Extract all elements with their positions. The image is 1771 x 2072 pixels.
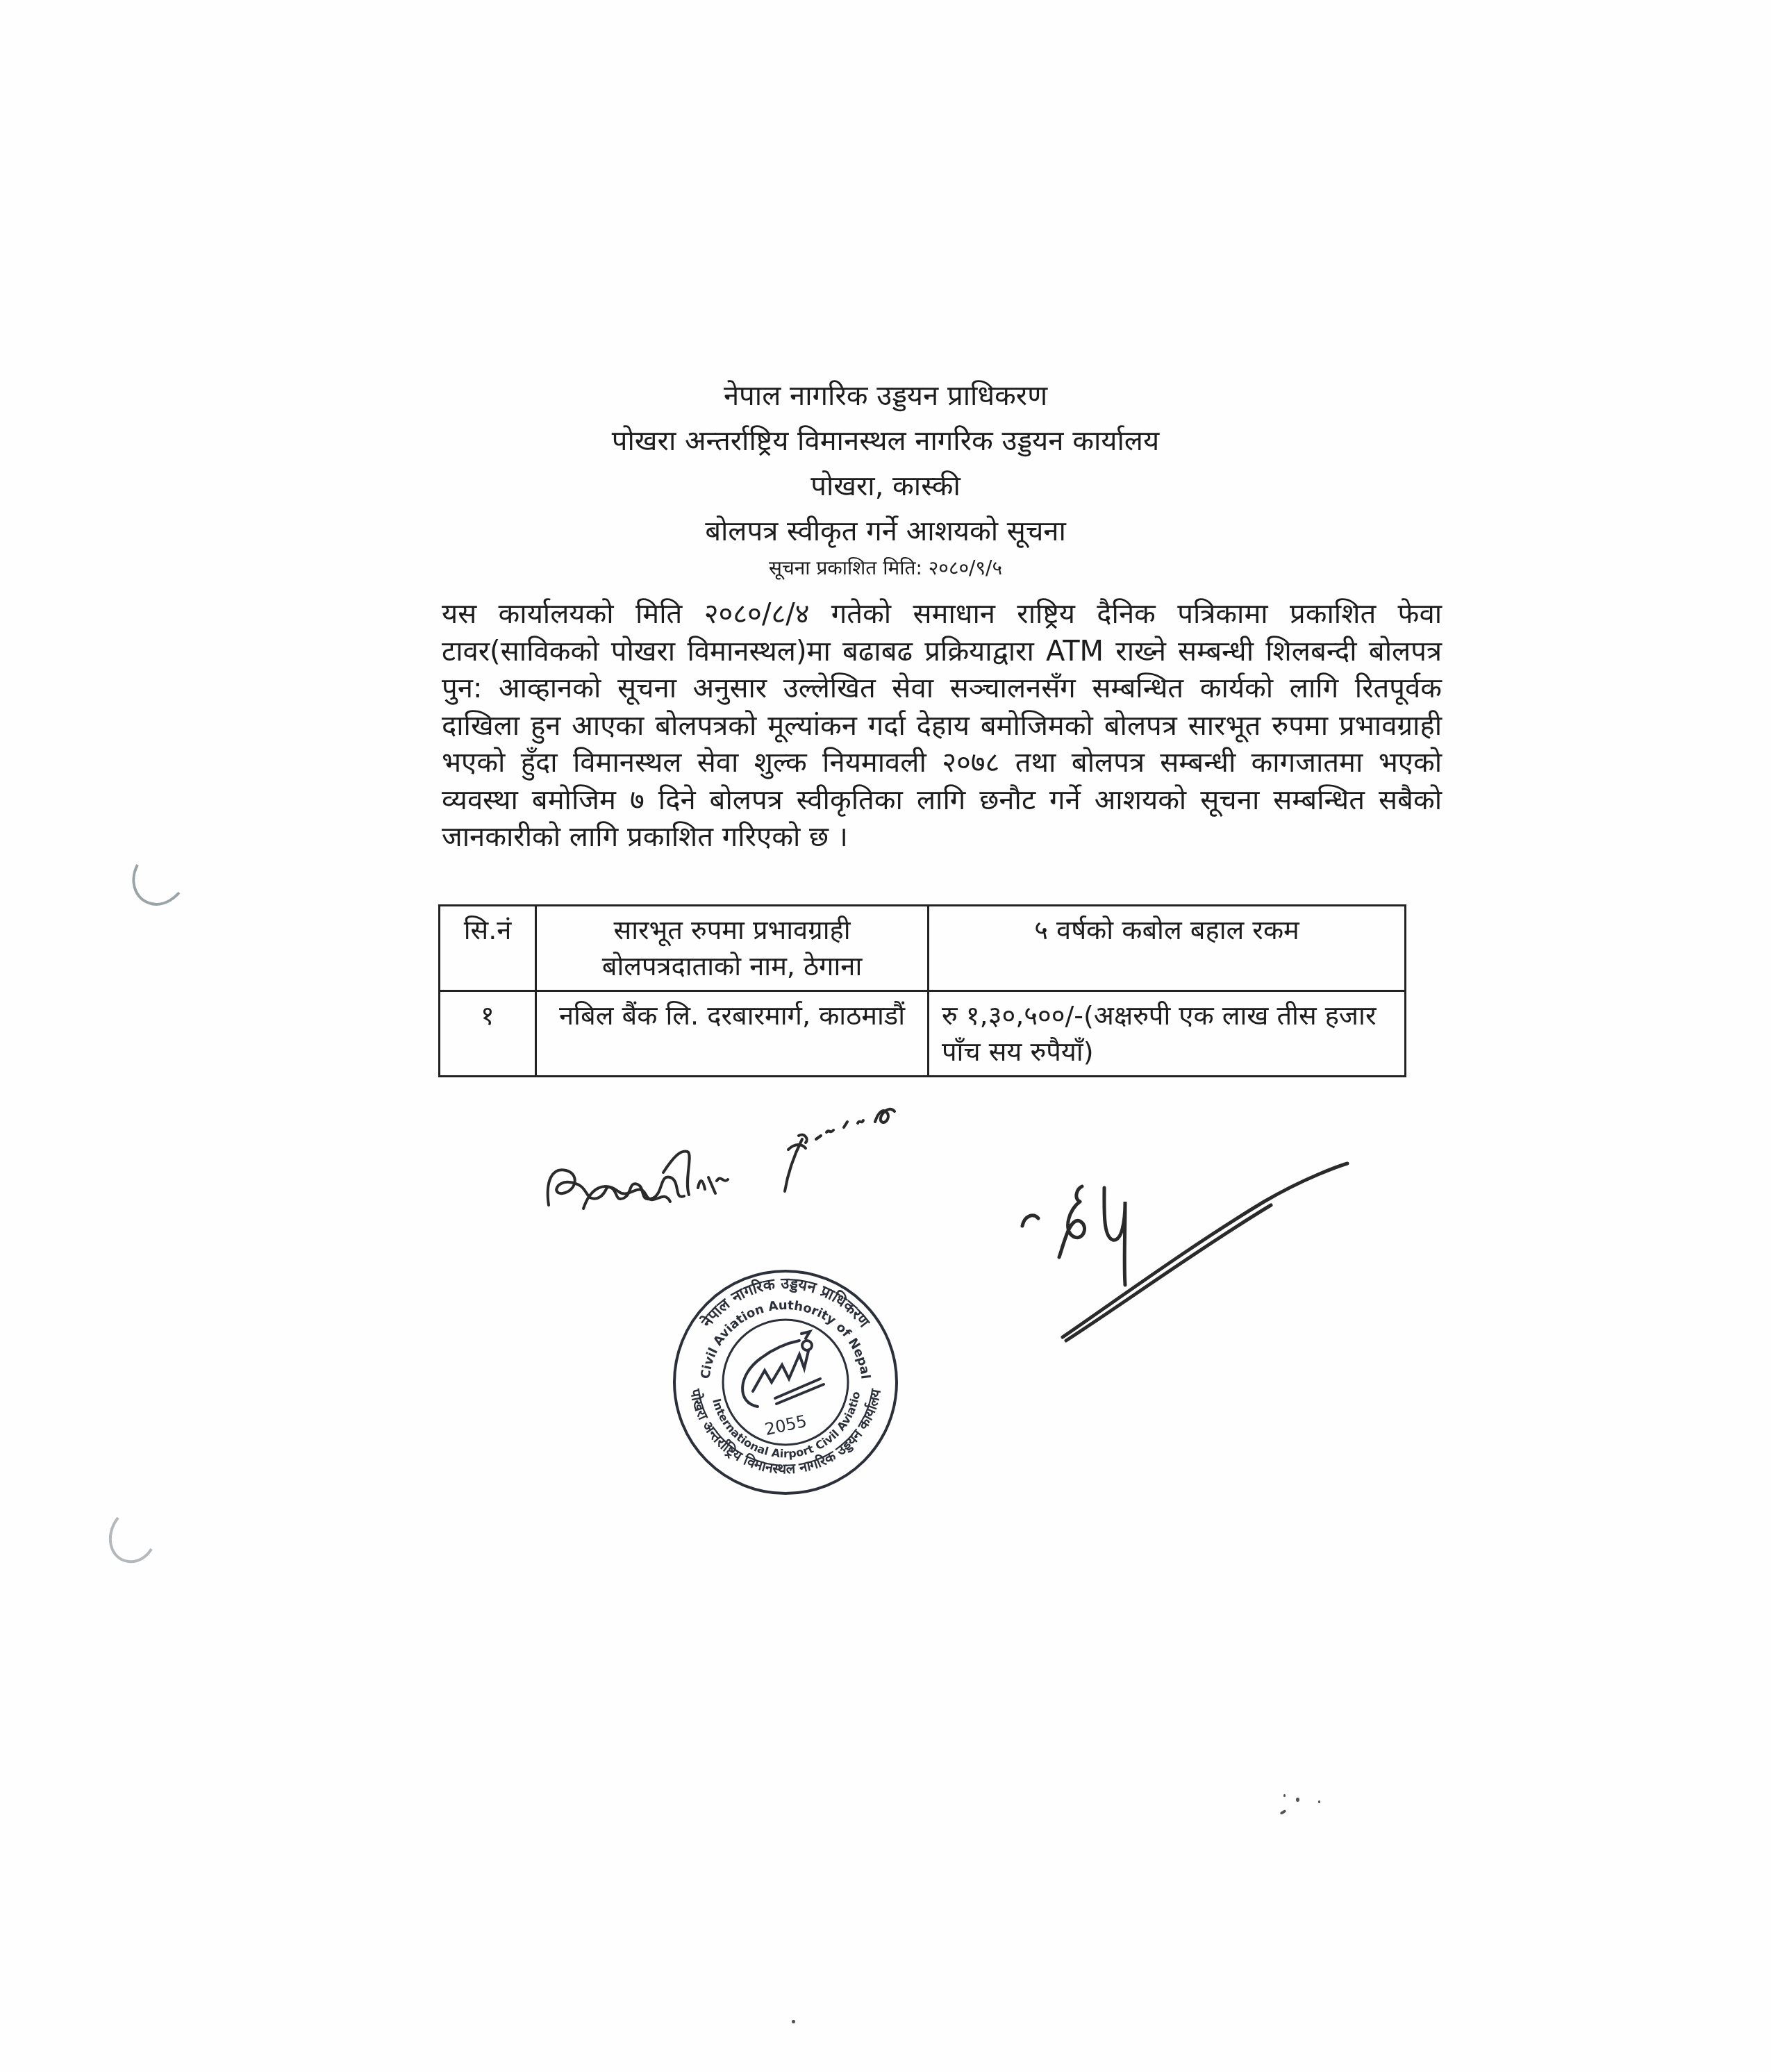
scan-speck xyxy=(1296,1798,1299,1802)
bidder-table: सि.नं सारभूत रुपमा प्रभावग्राही बोलपत्रद… xyxy=(438,904,1406,1077)
cell-serial: १ xyxy=(440,991,536,1077)
header-amount: ५ वर्षको कबोल बहाल रकम xyxy=(929,906,1406,991)
scan-speck xyxy=(1318,1800,1320,1803)
office-location: पोखरा, कास्की xyxy=(0,469,1771,504)
table-row: १ नबिल बैंक लि. दरबारमार्ग, काठमाडौं रु … xyxy=(440,991,1406,1077)
signature-middle xyxy=(771,1101,958,1198)
header-bidder: सारभूत रुपमा प्रभावग्राही बोलपत्रदाताको … xyxy=(536,906,929,991)
hole-punch-mark-lower xyxy=(97,1514,167,1577)
scanned-document-page: नेपाल नागरिक उड्डयन प्राधिकरण पोखरा अन्त… xyxy=(0,0,1771,2072)
office-name: पोखरा अन्तर्राष्ट्रिय विमानस्थल नागरिक उ… xyxy=(0,424,1771,458)
hole-punch-mark-upper xyxy=(118,854,188,917)
signature-right xyxy=(1014,1160,1375,1348)
table-header-row: सि.नं सारभूत रुपमा प्रभावग्राही बोलपत्रद… xyxy=(440,906,1406,991)
cell-bidder: नबिल बैंक लि. दरबारमार्ग, काठमाडौं xyxy=(536,991,929,1077)
published-date: सूचना प्रकाशित मिति: २०८०/९/५ xyxy=(0,556,1771,581)
scan-speck xyxy=(1283,1794,1286,1797)
notice-title: बोलपत्र स्वीकृत गर्ने आशयको सूचना xyxy=(0,514,1771,549)
cell-amount: रु १,३०,५००/-(अक्षरुपी एक लाख तीस हजार प… xyxy=(929,991,1406,1077)
notice-body: यस कार्यालयको मिति २०८०/८/४ गतेको समाधान… xyxy=(442,596,1442,856)
stamp-logo-icon xyxy=(742,1332,824,1407)
stamp-year: 2055 xyxy=(763,1411,809,1439)
header-serial: सि.नं xyxy=(440,906,536,991)
scan-speck xyxy=(1280,1809,1287,1815)
scan-speck xyxy=(792,2020,795,2023)
signature-left xyxy=(542,1139,750,1223)
org-name: नेपाल नागरिक उड्डयन प्राधिकरण xyxy=(0,379,1771,413)
official-stamp: नेपाल नागरिक उड्डयन प्राधिकरण Civil Avia… xyxy=(671,1268,900,1497)
